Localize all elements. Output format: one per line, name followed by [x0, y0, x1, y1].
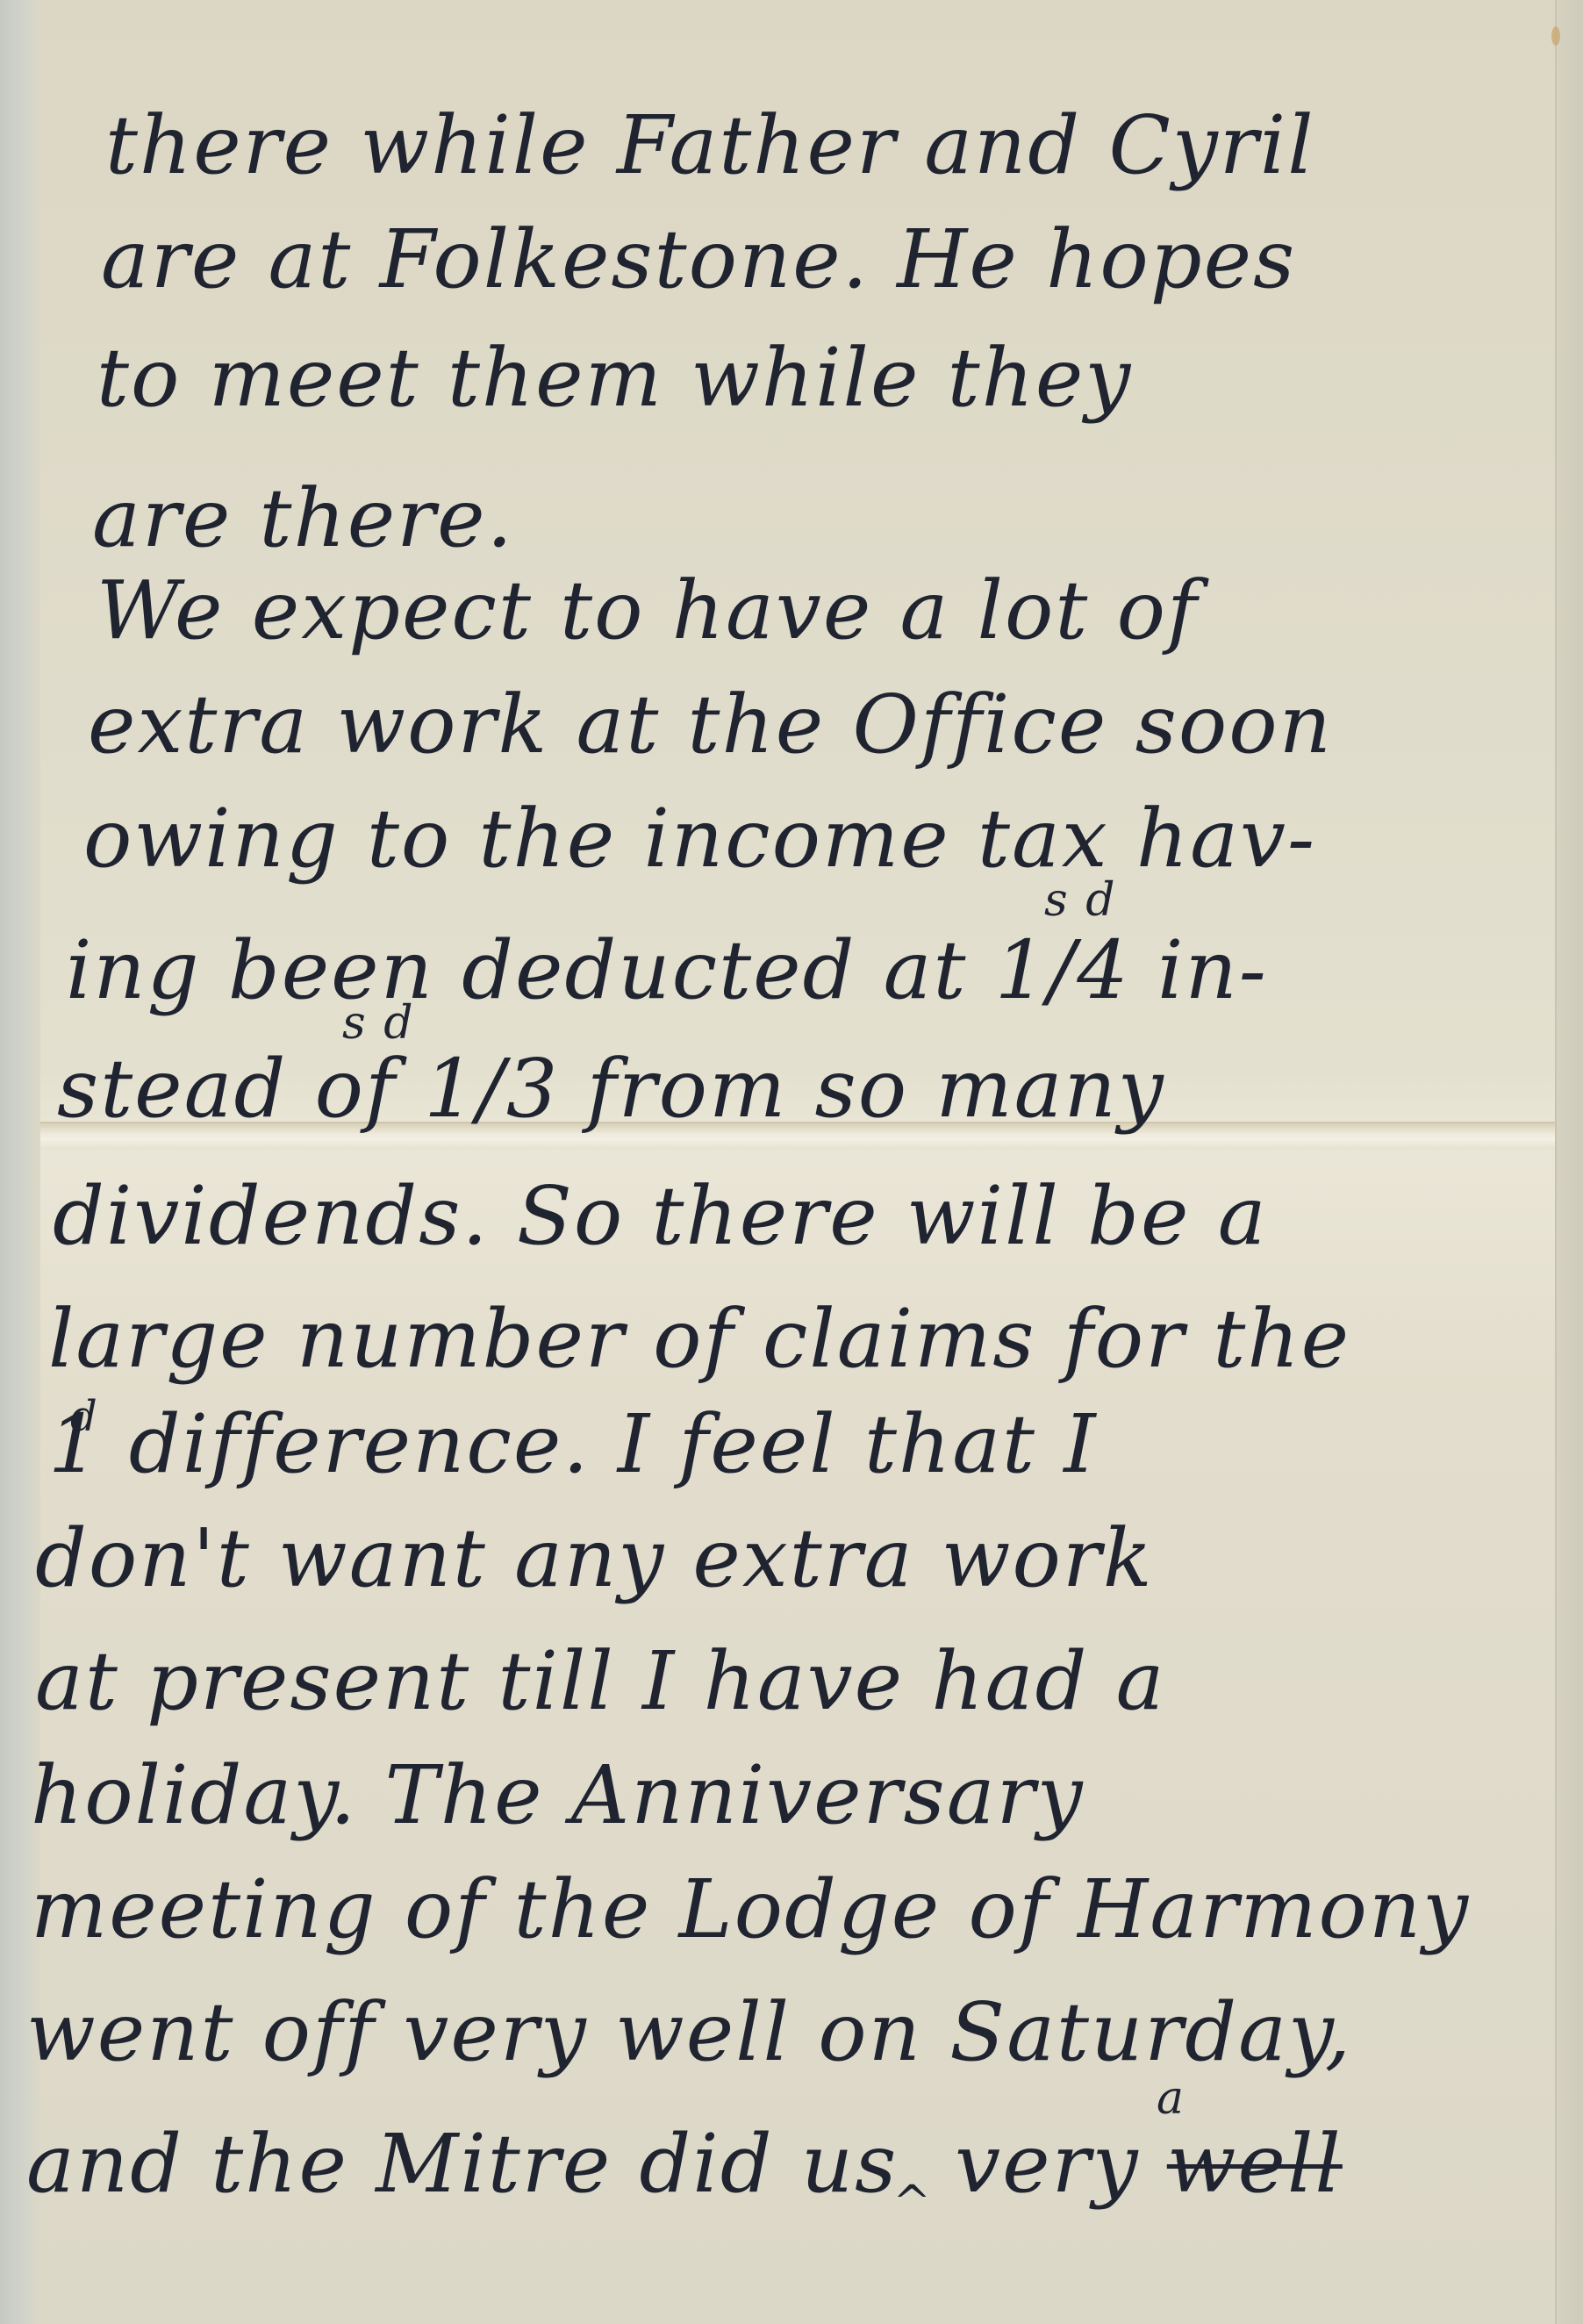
superscript-sd-2: s d	[342, 1001, 415, 1046]
handwritten-text: there while Father and Cyril are at Folk…	[0, 0, 1583, 2324]
text-line-6: extra work at the Office soon	[88, 685, 1333, 765]
text-line-2: are at Folkestone. He hopes	[101, 219, 1296, 300]
text-line-8: ing been deducted at 1/4 in-	[66, 930, 1268, 1011]
text-line-11: large number of claims for the	[48, 1299, 1350, 1380]
text-line-14: at present till I have had a	[35, 1641, 1165, 1722]
text-line-18-main: and the Mitre did us	[26, 2117, 898, 2211]
text-line-7: owing to the income tax hav-	[83, 799, 1316, 879]
text-line-5: We expect to have a lot of	[97, 570, 1199, 651]
text-line-18-after: very	[928, 2117, 1167, 2211]
inserted-word: a	[1157, 2076, 1185, 2121]
text-line-10: dividends. So there will be a	[53, 1176, 1268, 1257]
superscript-d: d	[70, 1395, 99, 1438]
text-line-12-main: 1 difference. I feel that I	[48, 1397, 1098, 1491]
text-line-16: meeting of the Lodge of Harmony	[31, 1869, 1470, 1950]
text-line-3: to meet them while they	[97, 338, 1132, 419]
text-line-13: don't want any extra work	[35, 1518, 1154, 1599]
text-line-9-main: stead of 1/3 from so many	[57, 1042, 1165, 1136]
superscript-sd-1: s d	[1044, 878, 1117, 923]
text-line-8-main: ing been deducted at 1/4 in-	[66, 923, 1268, 1017]
text-line-18: and the Mitre did us^ very well	[26, 2124, 1343, 2205]
text-line-12: 1 difference. I feel that I	[48, 1404, 1098, 1485]
letter-page: there while Father and Cyril are at Folk…	[0, 0, 1583, 2324]
text-line-9: stead of 1/3 from so many	[57, 1049, 1165, 1130]
text-line-17: went off very well on Saturday,	[26, 1992, 1352, 2073]
insertion-caret: ^	[892, 2177, 933, 2229]
text-line-15: holiday. The Anniversary	[31, 1755, 1085, 1836]
struck-word: well	[1167, 2117, 1343, 2211]
text-line-4: are there.	[92, 478, 514, 559]
text-line-1: there while Father and Cyril	[105, 105, 1315, 186]
